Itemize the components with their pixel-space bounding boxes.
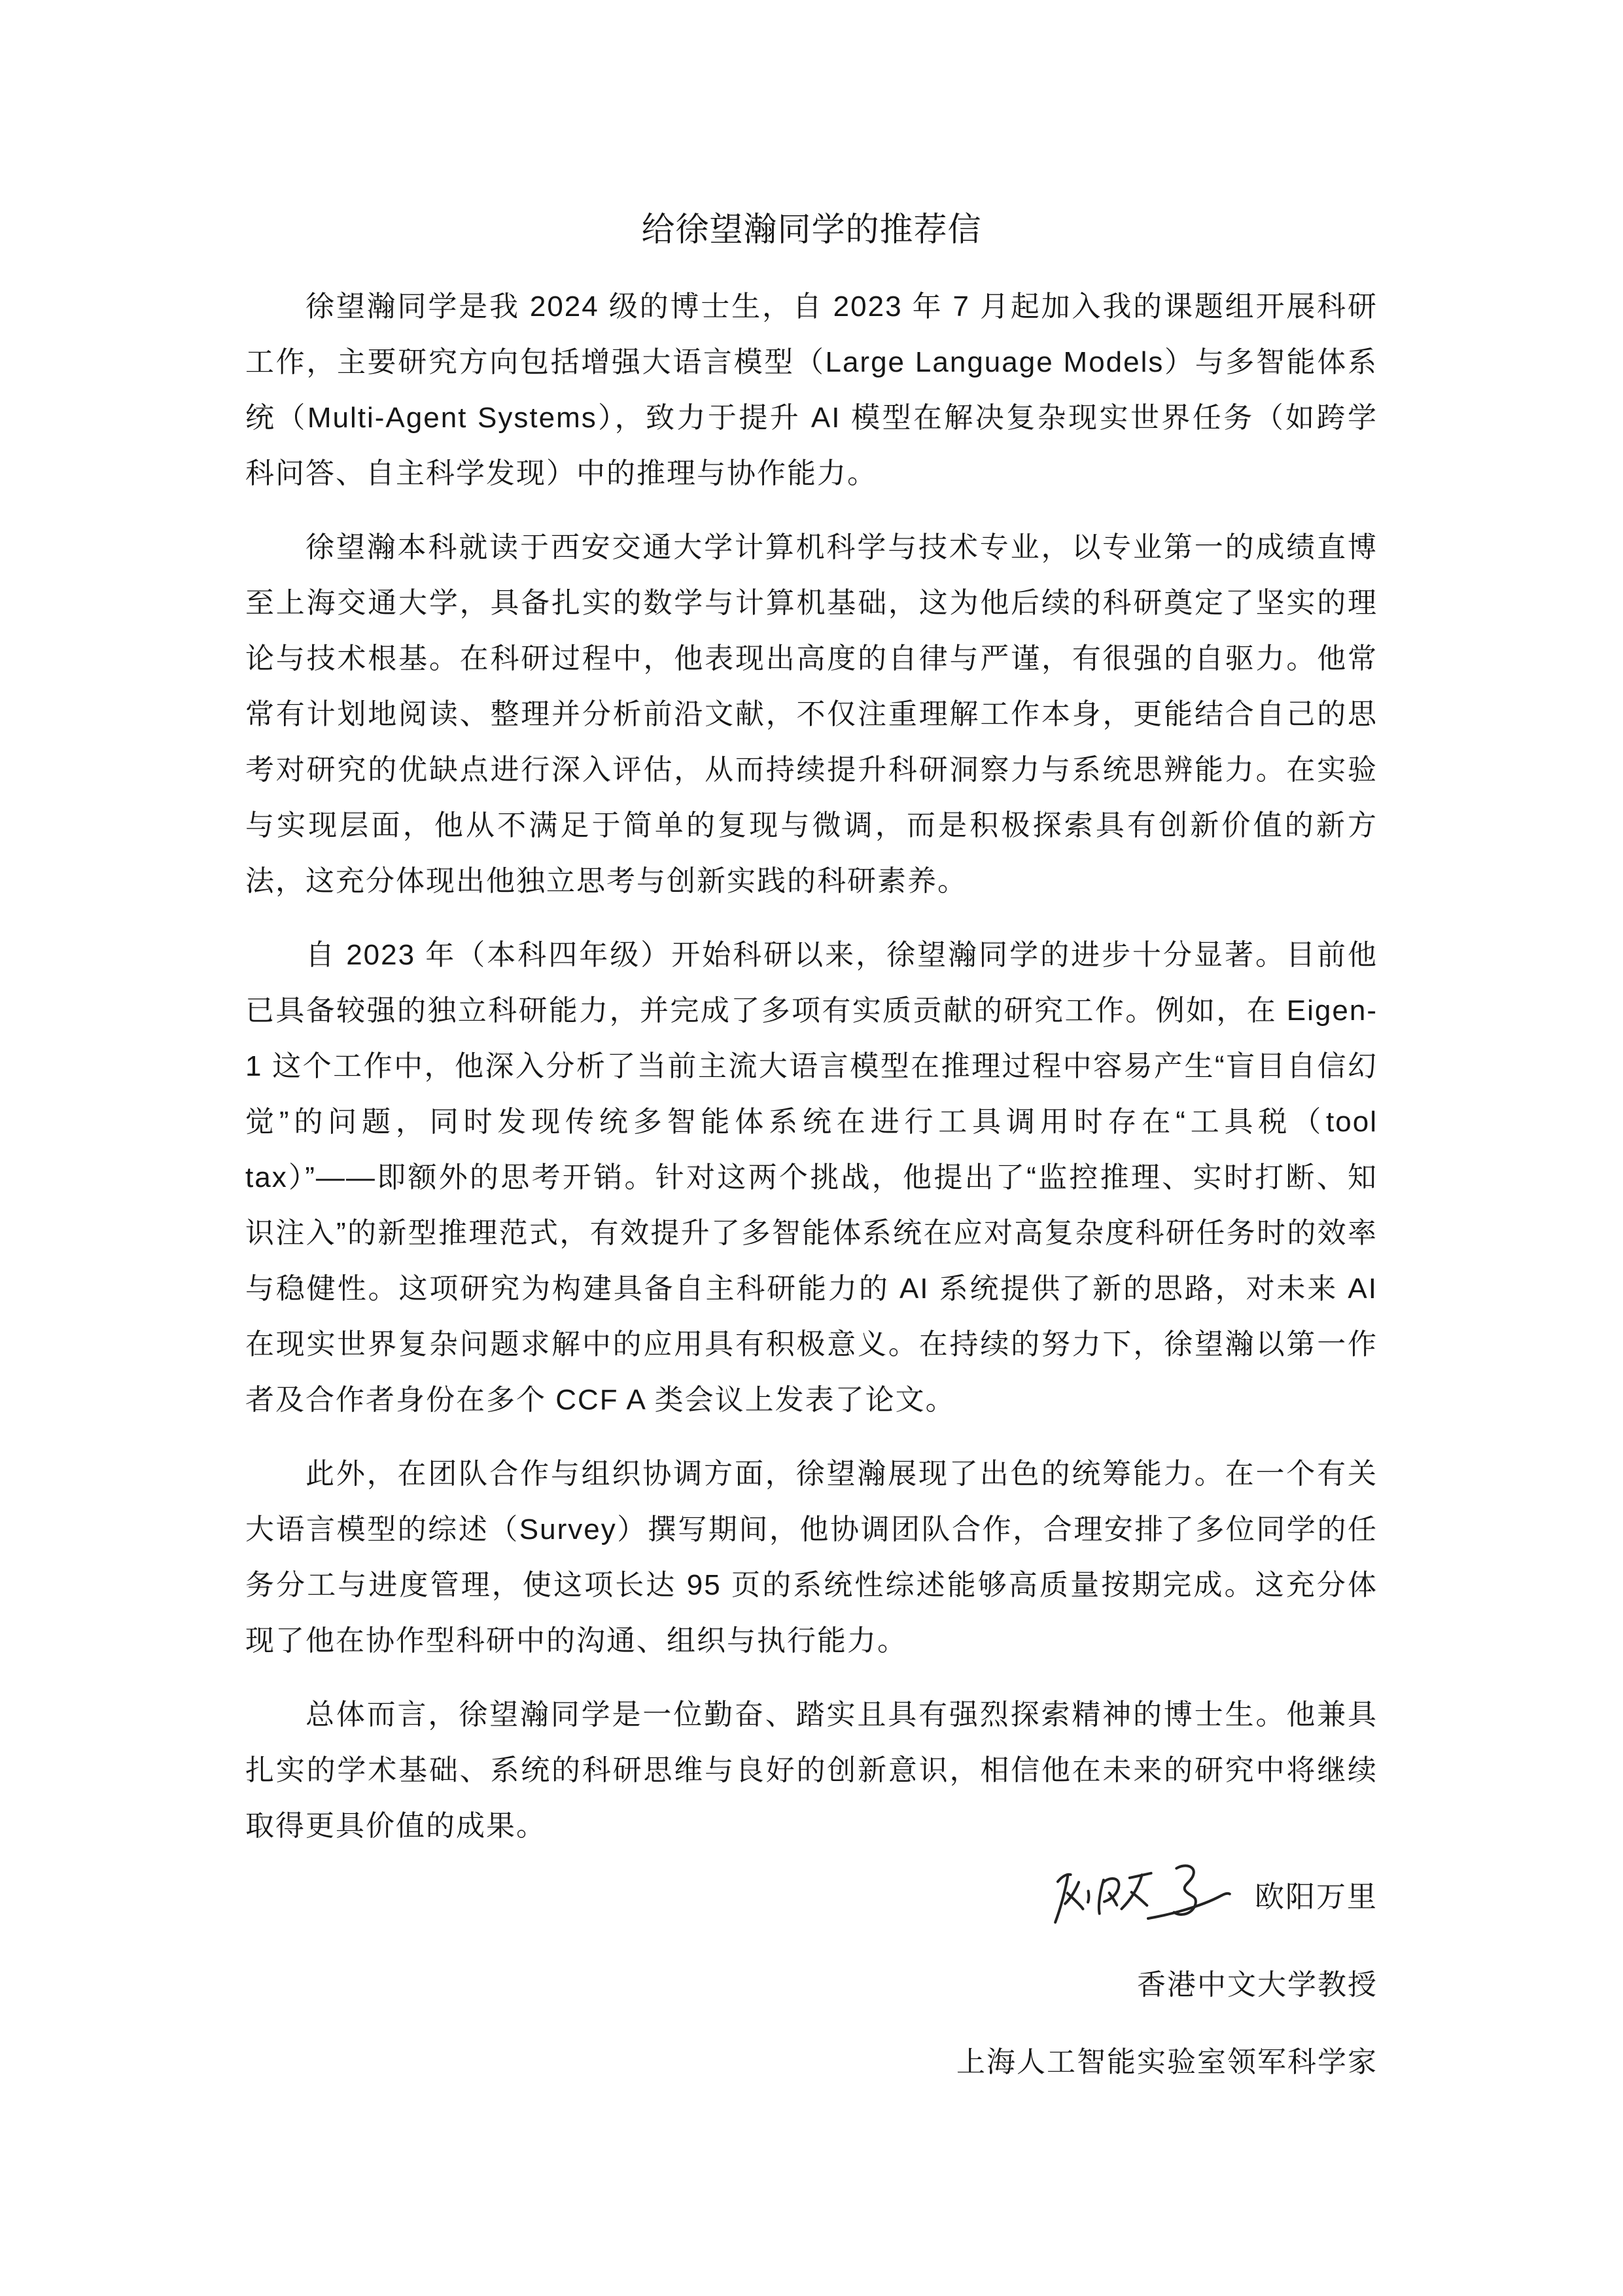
- signer-title-professor: 香港中文大学教授: [245, 1957, 1378, 2013]
- letter-paragraph: 自 2023 年（本科四年级）开始科研以来，徐望瀚同学的进步十分显著。目前他已具…: [245, 927, 1378, 1428]
- signature-name-line: 欧阳万里: [245, 1869, 1378, 1924]
- handwritten-signature-icon: [1048, 1860, 1247, 1939]
- letter-body: 徐望瀚同学是我 2024 级的博士生，自 2023 年 7 月起加入我的课题组开…: [245, 279, 1378, 1854]
- letter-paragraph: 徐望瀚同学是我 2024 级的博士生，自 2023 年 7 月起加入我的课题组开…: [245, 279, 1378, 501]
- letter-paragraph: 总体而言，徐望瀚同学是一位勤奋、踏实且具有强烈探索精神的博士生。他兼具扎实的学术…: [245, 1687, 1378, 1854]
- letter-paragraph: 徐望瀚本科就读于西安交通大学计算机科学与技术专业，以专业第一的成绩直博至上海交通…: [245, 520, 1378, 909]
- letter-page: 给徐望瀚同学的推荐信 徐望瀚同学是我 2024 级的博士生，自 2023 年 7…: [0, 0, 1623, 2296]
- signer-name: 欧阳万里: [1255, 1869, 1378, 1924]
- letter-paragraph: 此外，在团队合作与组织协调方面，徐望瀚展现了出色的统筹能力。在一个有关大语言模型…: [245, 1446, 1378, 1669]
- letter-title: 给徐望瀚同学的推荐信: [245, 209, 1378, 250]
- signature-block: 欧阳万里 香港中文大学教授 上海人工智能实验室领军科学家: [245, 1869, 1378, 2090]
- signer-title-lab-scientist: 上海人工智能实验室领军科学家: [245, 2034, 1378, 2090]
